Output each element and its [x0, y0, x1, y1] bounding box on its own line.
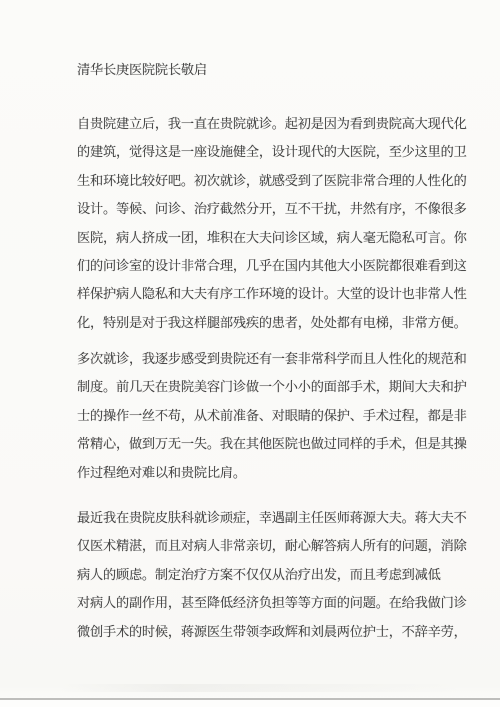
text-line: 制度。前几天在贵院美容门诊做一个小小的面部手术，期间大夫和护	[77, 373, 469, 401]
scan-below-page-area	[0, 700, 500, 707]
text-line: 微创手术的时候，蒋源医生带领李政辉和刘晨两位护士，不辞辛劳，	[77, 618, 469, 646]
letter-paragraph-3: 最近我在贵院皮肤科就诊顽症，幸遇副主任医师蒋源大夫。蒋大夫不 仅医术精湛，而且对…	[77, 504, 469, 646]
text-line: 对病人的副作用，甚至降低经济负担等等方面的问题。在给我做门诊	[77, 589, 469, 617]
text-line: 常精心，做到万无一失。我在其他医院也做过同样的手术，但是其操	[77, 430, 469, 458]
text-line: 自贵院建立后，我一直在贵院就诊。起初是因为看到贵院高大现代化	[77, 110, 469, 138]
text-line: 的建筑，觉得这是一座设施健全，设计现代的大医院，至少这里的卫	[77, 138, 469, 166]
text-line: 医院，病人挤成一团，堆积在大夫问诊区域，病人毫无隐私可言。你	[77, 224, 469, 252]
text-line: 们的问诊室的设计非常合理，几乎在国内其他大小医院都很难看到这	[77, 252, 469, 280]
text-line: 仅医术精湛，而且对病人非常亲切，耐心解答病人所有的问题，消除	[77, 532, 469, 560]
letter-paragraph-1: 自贵院建立后，我一直在贵院就诊。起初是因为看到贵院高大现代化 的建筑，觉得这是一…	[77, 110, 469, 337]
text-line: 设计。等候、问诊、治疗截然分开，互不干扰，井然有序，不像很多	[77, 195, 469, 223]
scanned-letter-page: 清华长庚医院院长敬启 自贵院建立后，我一直在贵院就诊。起初是因为看到贵院高大现代…	[0, 0, 500, 707]
letter-salutation: 清华长庚医院院长敬启	[77, 61, 207, 79]
text-line: 多次就诊，我逐步感受到贵院还有一套非常科学而且人性化的规范和	[77, 345, 469, 373]
letter-paragraph-2: 多次就诊，我逐步感受到贵院还有一套非常科学而且人性化的规范和 制度。前几天在贵院…	[77, 345, 469, 487]
text-line: 士的操作一丝不苟，从术前准备、对眼睛的保护、手术过程，都是非	[77, 402, 469, 430]
text-line: 样保护病人隐私和大夫有序工作环境的设计。大堂的设计也非常人性	[77, 280, 469, 308]
text-line: 作过程绝对难以和贵院比肩。	[77, 459, 469, 487]
text-line: 化，特别是对于我这样腿部残疾的患者，处处都有电梯，非常方便。	[77, 309, 469, 337]
scan-noise-smudge	[60, 684, 460, 692]
text-line: 病人的顾虑。制定治疗方案不仅仅从治疗出发，而且考虑到减低	[77, 561, 469, 589]
text-line: 生和环境比较好吧。初次就诊，就感受到了医院非常合理的人性化的	[77, 167, 469, 195]
text-line: 最近我在贵院皮肤科就诊顽症，幸遇副主任医师蒋源大夫。蒋大夫不	[77, 504, 469, 532]
